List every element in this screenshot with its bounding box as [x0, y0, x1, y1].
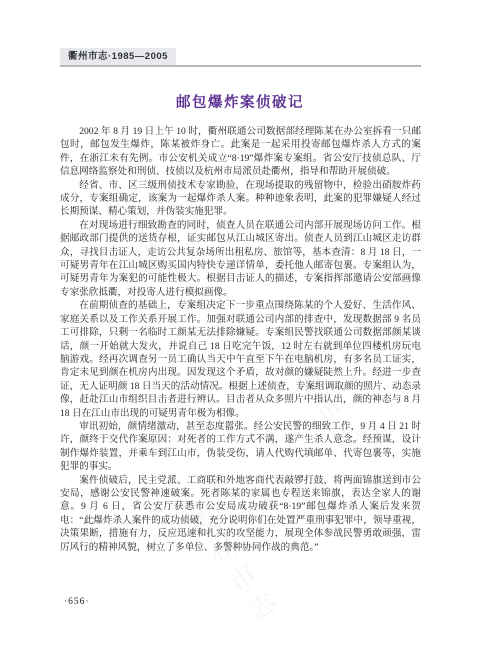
paragraph-2: 经省、市、区三级刑侦技术专家勘验，在现场提取的残留物中，检验出硝胺炸药成分，专案… [60, 179, 421, 219]
page-number: ·656· [64, 597, 90, 607]
article-title: 邮包爆炸案侦破记 [0, 91, 480, 112]
article-body: 2002 年 8 月 19 日上午 10 时，衢州联通公司数据部经理陈某在办公室… [60, 125, 421, 554]
page-header: 衢州市志·1985—2005 [60, 48, 421, 67]
paragraph-4: 在前期侦查的基础上，专案组决定下一步重点围绕陈某的个人爱好、生活作风、家庭关系以… [60, 299, 421, 420]
paragraph-5: 审讯初始，颜情绪激动，甚至态度嚣张。经公安民警的细致工作，9 月 4 日 21 … [60, 420, 421, 474]
book-page: 衢州市志 衢州市志 衢州市志 衢州市志·1985—2005 邮包爆炸案侦破记 2… [0, 0, 480, 655]
volume-label: 衢州市志·1985—2005 [60, 48, 176, 65]
paragraph-1: 2002 年 8 月 19 日上午 10 时，衢州联通公司数据部经理陈某在办公室… [60, 125, 421, 179]
paragraph-3: 在对现场进行细致勘查的同时，侦查人员在联通公司内部开展现场访问工作。根据邮政部门… [60, 219, 421, 299]
paragraph-6: 案件侦破后，民主党派、工商联和外地客商代表敲锣打鼓，将两面锦旗送到市公安局，感谢… [60, 474, 421, 554]
